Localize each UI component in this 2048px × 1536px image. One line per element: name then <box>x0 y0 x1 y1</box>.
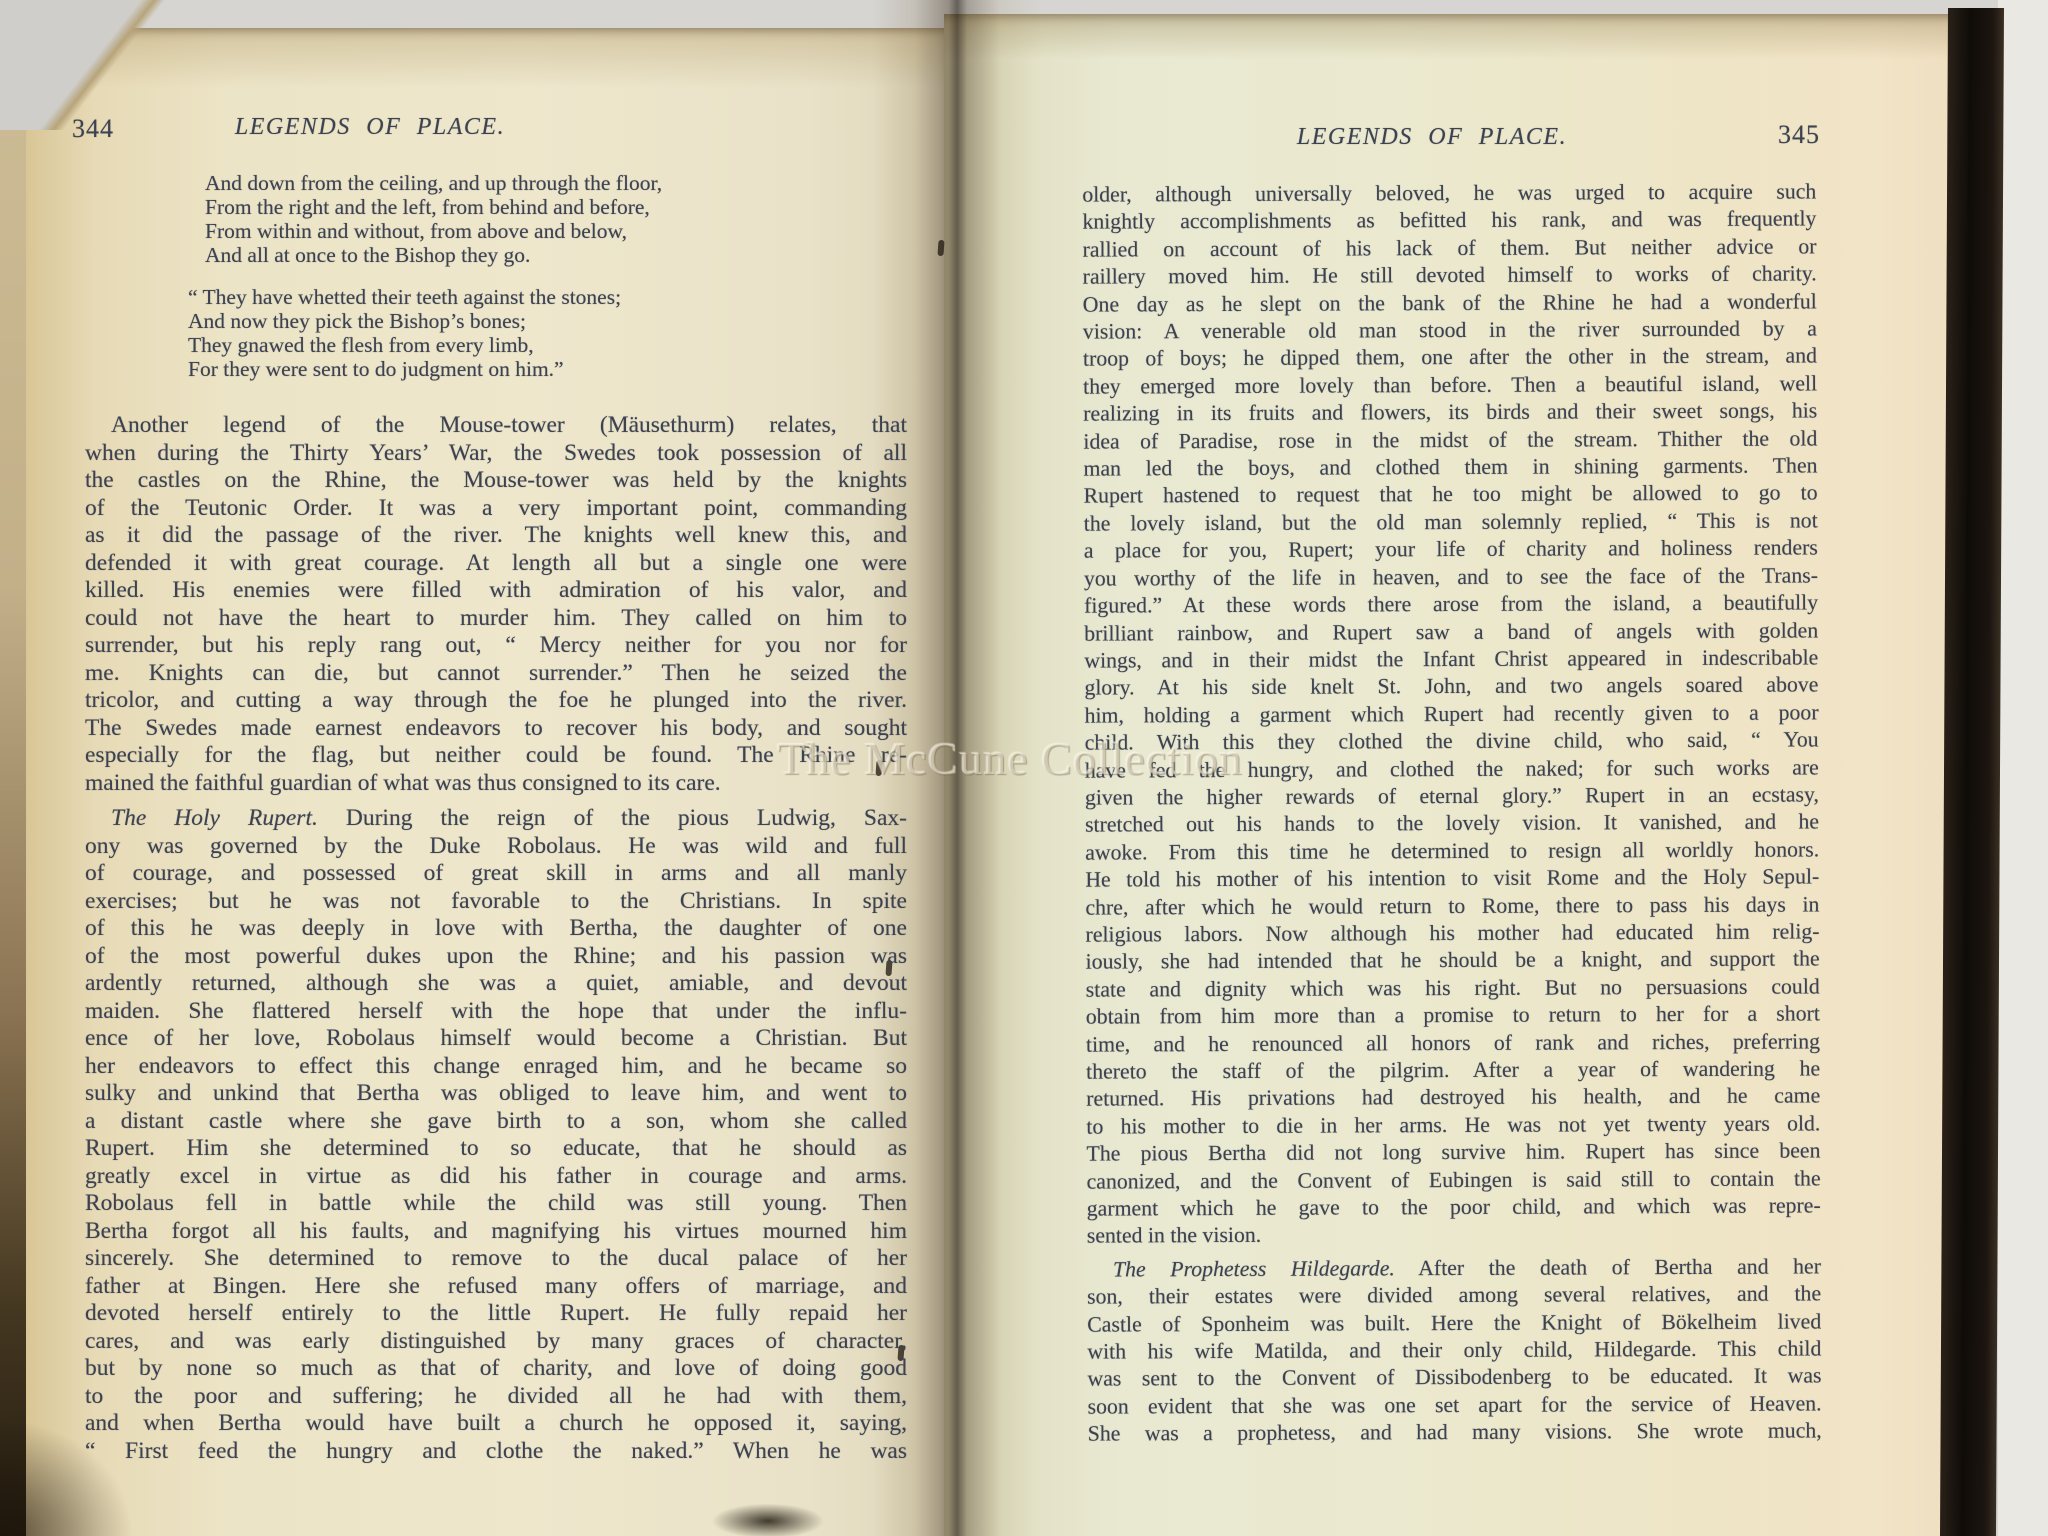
text-line: exercises; but he was not favorable to t… <box>85 888 907 916</box>
text-line: sincerely. She determined to remove to t… <box>85 1245 907 1273</box>
text-line: awoke. From this time he determined to r… <box>1085 836 1819 867</box>
text-line: especially for the flag, but neither cou… <box>85 742 907 770</box>
text-line: Bertha forgot all his faults, and magnif… <box>85 1218 907 1246</box>
right-running-header: LEGENDS OF PLACE. <box>1272 124 1592 151</box>
text-line: son, their estates were divided among se… <box>1087 1281 1821 1312</box>
text-line: From the right and the left, from behind… <box>205 195 845 219</box>
text-line: ence of her love, Robolaus himself would… <box>85 1025 907 1053</box>
text-line: He told his mother of his intention to v… <box>1085 864 1819 895</box>
text-line: with his wife Matilda, and their only ch… <box>1087 1335 1821 1366</box>
paragraph-mouse-tower: Another legend of the Mouse-tower (Mäuse… <box>85 412 907 797</box>
poem-stanza-1: And down from the ceiling, and up throug… <box>205 171 845 267</box>
text-line: From within and without, from above and … <box>205 219 845 243</box>
paragraph-holy-rupert: The Holy Rupert. During the reign of the… <box>85 805 907 1465</box>
text-line: when during the Thirty Years’ War, the S… <box>85 440 907 468</box>
text-line: her endeavors to effect this change enra… <box>85 1053 907 1081</box>
text-line: knightly accomplishments as befitted his… <box>1082 206 1816 237</box>
text-line: could not have the heart to murder him. … <box>85 605 907 633</box>
text-line: to the poor and suffering; he divided al… <box>85 1383 907 1411</box>
binding-stitch <box>937 240 944 256</box>
photo-background <box>1998 0 2048 1536</box>
text-line: a place for you, Rupert; your life of ch… <box>1084 535 1818 566</box>
book-cover-edge <box>1940 8 2004 1536</box>
text-line: troop of boys; he dipped them, one after… <box>1083 343 1817 374</box>
text-line: was sent to the Convent of Dissibodenber… <box>1087 1363 1821 1394</box>
text-line: vision: A venerable old man stood in the… <box>1083 315 1817 346</box>
text-line: She was a prophetess, and had many visio… <box>1088 1418 1822 1449</box>
book-photo: 344 LEGENDS OF PLACE. And down from the … <box>0 0 2048 1536</box>
text-line: iously, she had intended that he should … <box>1086 946 1820 977</box>
text-line: me. Knights can die, but cannot surrende… <box>85 660 907 688</box>
text-line: thereto the staff of the pilgrim. After … <box>1086 1055 1820 1086</box>
text-line: you worthy of the life in heaven, and to… <box>1084 562 1818 593</box>
text-line: they emerged more lovely than before. Th… <box>1083 370 1817 401</box>
text-line: For they were sent to do judgment on him… <box>188 357 828 381</box>
text-line: “ First feed the hungry and clothe the n… <box>85 1438 907 1466</box>
text-line: ony was governed by the Duke Robolaus. H… <box>85 833 907 861</box>
text-line: And all at once to the Bishop they go. <box>205 243 845 267</box>
text-line: soon evident that she was one set apart … <box>1088 1390 1822 1421</box>
text-line: but by none so much as that of charity, … <box>85 1355 907 1383</box>
text-line: given the higher rewards of eternal glor… <box>1085 781 1819 812</box>
text-line: Rupert hastened to request that he too m… <box>1084 480 1818 511</box>
text-line: One day as he slept on the bank of the R… <box>1083 288 1817 319</box>
text-line: obtain from him more than a promise to r… <box>1086 1001 1820 1032</box>
text-line: maiden. She flattered herself with the h… <box>85 998 907 1026</box>
poem-stanza-2: “ They have whetted their teeth against … <box>188 285 828 381</box>
paragraph-rupert-continued: older, although universally beloved, he … <box>1082 178 1821 1250</box>
text-line: idea of Paradise, rose in the midst of t… <box>1083 425 1817 456</box>
text-line: chre, after which he would return to Rom… <box>1085 891 1819 922</box>
text-line: brilliant rainbow, and Rupert saw a band… <box>1084 617 1818 648</box>
text-line: realizing in its fruits and flowers, its… <box>1083 398 1817 429</box>
text-line: religious labors. Now although his mothe… <box>1085 918 1819 949</box>
text-line: garment which he gave to the poor child,… <box>1087 1192 1821 1223</box>
text-line: devoted herself entirely to the little R… <box>85 1300 907 1328</box>
text-line: surrender, but his reply rang out, “ Mer… <box>85 632 907 660</box>
text-line: of the Teutonic Order. It was a very imp… <box>85 495 907 523</box>
paragraph-lead-italic: The Holy Rupert. <box>111 805 318 831</box>
text-line: sented in the vision. <box>1087 1220 1821 1251</box>
text-line: state and dignity which was his right. B… <box>1086 973 1820 1004</box>
text-line: him, holding a garment which Rupert had … <box>1085 699 1819 730</box>
shadow-bottom-center <box>688 1486 848 1536</box>
text-line: greatly excel in virtue as did his fathe… <box>85 1163 907 1191</box>
text-line: man led the boys, and clothed them in sh… <box>1083 452 1817 483</box>
text-line: the castles on the Rhine, the Mouse-towe… <box>85 467 907 495</box>
text-line: sulky and unkind that Bertha was obliged… <box>85 1080 907 1108</box>
left-page-number: 344 <box>72 114 114 144</box>
text-line: “ They have whetted their teeth against … <box>188 285 828 309</box>
paragraph-prophetess-hildegarde: The Prophetess Hildegarde. After the dea… <box>1087 1253 1822 1448</box>
text-line: have fed the hungry, and clothed the nak… <box>1085 754 1819 785</box>
text-line: They gnawed the flesh from every limb, <box>188 333 828 357</box>
text-line: wings, and in their midst the Infant Chr… <box>1084 644 1818 675</box>
text-line: tricolor, and cutting a way through the … <box>85 687 907 715</box>
text-line: of the most powerful dukes upon the Rhin… <box>85 943 907 971</box>
text-line: of this he was deeply in love with Berth… <box>85 915 907 943</box>
text-line: canonized, and the Convent of Eubingen i… <box>1087 1165 1821 1196</box>
text-line: to his mother to die in her arms. He was… <box>1086 1110 1820 1141</box>
right-page-text-column: older, although universally beloved, he … <box>1082 178 1822 1448</box>
text-line: And down from the ceiling, and up throug… <box>205 171 845 195</box>
text-line: The Holy Rupert. During the reign of the… <box>85 805 907 833</box>
text-line: of courage, and possessed of great skill… <box>85 860 907 888</box>
text-line: ardently returned, although she was a qu… <box>85 970 907 998</box>
text-line: and when Bertha would have built a churc… <box>85 1410 907 1438</box>
text-line: figured.” At these words there arose fro… <box>1084 589 1818 620</box>
text-line: father at Bingen. Here she refused many … <box>85 1273 907 1301</box>
text-line: Rupert. Him she determined to so educate… <box>85 1135 907 1163</box>
text-line: Castle of Sponheim was built. Here the K… <box>1087 1308 1821 1339</box>
text-line: The Prophetess Hildegarde. After the dea… <box>1087 1253 1821 1284</box>
text-line: glory. At his side knelt St. John, and t… <box>1084 672 1818 703</box>
text-line: defended it with great courage. At lengt… <box>85 550 907 578</box>
text-line: cares, and was early distinguished by ma… <box>85 1328 907 1356</box>
text-line: rallied on account of his lack of them. … <box>1082 233 1816 264</box>
text-line: time, and he renounced all honors of ran… <box>1086 1028 1820 1059</box>
paragraph-lead-italic: The Prophetess Hildegarde. <box>1113 1256 1395 1281</box>
text-line: Robolaus fell in battle while the child … <box>85 1190 907 1218</box>
text-line: older, although universally beloved, he … <box>1082 178 1816 209</box>
text-line: a distant castle where she gave birth to… <box>85 1108 907 1136</box>
text-line: stretched out his hands to the lovely vi… <box>1085 809 1819 840</box>
text-line: the lovely island, but the old man solem… <box>1084 507 1818 538</box>
text-line: child. With this they clothed the divine… <box>1085 727 1819 758</box>
text-line: The pious Bertha did not long survive hi… <box>1086 1138 1820 1169</box>
page-corner-top-left <box>0 0 250 130</box>
left-running-header: LEGENDS OF PLACE. <box>225 114 515 141</box>
left-page-text-column: Another legend of the Mouse-tower (Mäuse… <box>85 412 907 1465</box>
page-edge-left <box>0 0 26 1536</box>
text-line: returned. His privations had destroyed h… <box>1086 1083 1820 1114</box>
text-line: The Swedes made earnest endeavors to rec… <box>85 715 907 743</box>
text-line: raillery moved him. He still devoted him… <box>1083 261 1817 292</box>
right-page-number: 345 <box>1778 120 1820 150</box>
text-line: as it did the passage of the river. The … <box>85 522 907 550</box>
text-line: And now they pick the Bishop’s bones; <box>188 309 828 333</box>
text-line: killed. His enemies were filled with adm… <box>85 577 907 605</box>
text-line: Another legend of the Mouse-tower (Mäuse… <box>85 412 907 440</box>
text-line: mained the faithful guardian of what was… <box>85 770 907 798</box>
